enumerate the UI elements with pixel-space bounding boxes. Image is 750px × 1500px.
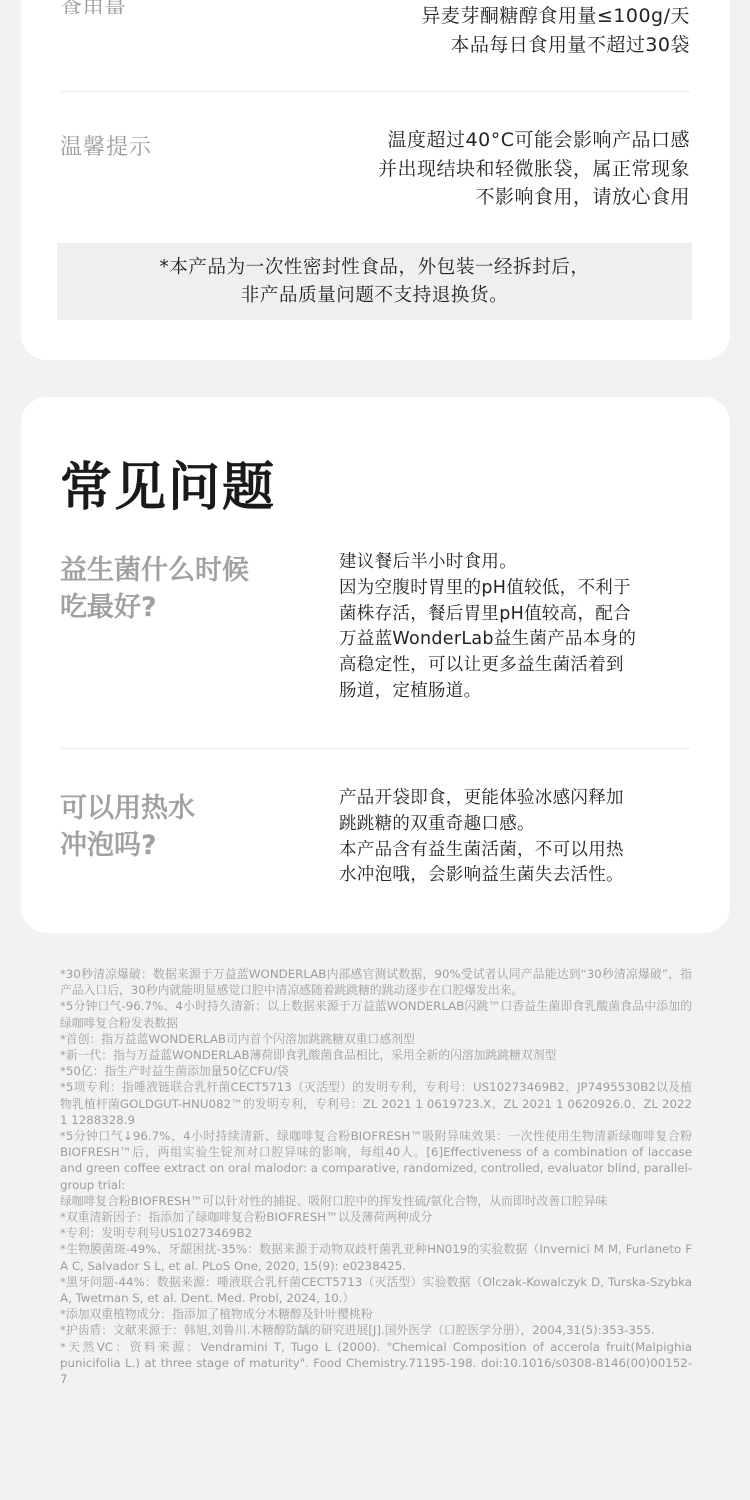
answer-line: 菌株存活，餐后胃里pH值较高，配合 bbox=[339, 602, 694, 628]
faq-answer: 产品开袋即食，更能体验冰感闪释加 跳跳糖的双重奇趣口感。 本产品含有益生菌活菌，… bbox=[339, 786, 694, 889]
faq-answer: 建议餐后半小时食用。 因为空腹时胃里的pH值较低，不利于 菌株存活，餐后胃里pH… bbox=[339, 550, 694, 705]
return-policy-notice: *本产品为一次性密封性食品，外包装一经拆封后， 非产品质量问题不支持退换货。 bbox=[57, 243, 692, 320]
answer-line: 万益蓝WonderLab益生菌产品本身的 bbox=[339, 627, 694, 653]
answer-line: 水冲泡哦，会影响益生菌失去活性。 bbox=[339, 863, 694, 889]
footnote: *专利：发明专利号US10273469B2 bbox=[60, 1225, 692, 1241]
answer-line: 肠道，定植肠道。 bbox=[339, 679, 694, 705]
tip-line: 不影响食用，请放心食用 bbox=[378, 183, 690, 212]
footnote: 绿咖啡复合粉BIOFRESH™可以针对性的捕捉、吸附口腔中的挥发性硫/氨化合物，… bbox=[60, 1193, 692, 1209]
faq-title: 常见问题 bbox=[60, 445, 276, 520]
answer-line: 跳跳糖的双重奇趣口感。 bbox=[339, 812, 694, 838]
tip-line: 并出现结块和轻微胀袋，属正常现象 bbox=[378, 155, 690, 184]
footnote: *天然VC：资料来源：Vendramini T, Tugo L (2000). … bbox=[60, 1339, 692, 1388]
footnote: *5项专利：指唾液链联合乳杆菌CECT5713（灭活型）的发明专利，专利号：US… bbox=[60, 1079, 692, 1128]
footnote: *双重清新因子：指添加了绿咖啡复合粉BIOFRESH™以及薄荷两种成分 bbox=[60, 1209, 692, 1225]
tip-label: 温馨提示 bbox=[60, 130, 152, 161]
notice-line: 非产品质量问题不支持退换货。 bbox=[57, 282, 692, 310]
intake-values: 异麦芽酮糖醇食用量≤100g/天 本品每日食用量不超过30袋 bbox=[421, 2, 690, 60]
tip-text: 温度超过40°C可能会影响产品口感 并出现结块和轻微胀袋，属正常现象 不影响食用… bbox=[378, 126, 690, 212]
notice-line: *本产品为一次性密封性食品，外包装一经拆封后， bbox=[57, 254, 692, 282]
question-line: 吃最好? bbox=[60, 589, 310, 626]
footnote: *5分钟口气↓96.7%、4小时持续清新、绿咖啡复合粉BIOFRESH™吸附异味… bbox=[60, 1128, 692, 1193]
answer-line: 高稳定性，可以让更多益生菌活着到 bbox=[339, 653, 694, 679]
intake-line: 本品每日食用量不超过30袋 bbox=[421, 31, 690, 60]
faq-card: 常见问题 益生菌什么时候 吃最好? 建议餐后半小时食用。 因为空腹时胃里的pH值… bbox=[21, 397, 730, 933]
footnote: *黑牙问题-44%：数据来源：唾液联合乳杆菌CECT5713（灭活型）实验数据（… bbox=[60, 1274, 692, 1306]
intake-line: 异麦芽酮糖醇食用量≤100g/天 bbox=[421, 2, 690, 31]
divider bbox=[60, 748, 690, 749]
answer-line: 因为空腹时胃里的pH值较低，不利于 bbox=[339, 576, 694, 602]
question-line: 可以用热水 bbox=[60, 790, 310, 827]
footnote: *护齿盾：文献来源于：韩旭,刘鲁川.木糖醇防龋的研究进展[J].国外医学（口腔医… bbox=[60, 1322, 692, 1338]
footnote: *添加双重植物成分：指添加了植物成分木糖醇及针叶樱桃粉 bbox=[60, 1306, 692, 1322]
faq-question: 可以用热水 冲泡吗? bbox=[60, 790, 310, 864]
intake-label: 食用量 bbox=[60, 0, 126, 14]
answer-line: 产品开袋即食，更能体验冰感闪释加 bbox=[339, 786, 694, 812]
footnotes: *30秒清凉爆破：数据来源于万益蓝WONDERLAB内部感官测试数据，90%受试… bbox=[60, 966, 692, 1387]
footnote: *5分钟口气-96.7%、4小时持久清新：以上数据来源于万益蓝WONDERLAB… bbox=[60, 998, 692, 1030]
faq-question: 益生菌什么时候 吃最好? bbox=[60, 552, 310, 626]
question-line: 益生菌什么时候 bbox=[60, 552, 310, 589]
question-line: 冲泡吗? bbox=[60, 827, 310, 864]
tip-line: 温度超过40°C可能会影响产品口感 bbox=[378, 126, 690, 155]
product-info-card: 食用量 异麦芽酮糖醇食用量≤100g/天 本品每日食用量不超过30袋 温馨提示 … bbox=[21, 0, 730, 360]
answer-line: 本产品含有益生菌活菌，不可以用热 bbox=[339, 838, 694, 864]
divider bbox=[60, 91, 690, 92]
footnote: *30秒清凉爆破：数据来源于万益蓝WONDERLAB内部感官测试数据，90%受试… bbox=[60, 966, 692, 998]
footnote: *生物膜菌斑-49%、牙龈困扰-35%：数据来源于动物双歧杆菌乳亚种HN019的… bbox=[60, 1241, 692, 1273]
footnote: *50亿：指生产时益生菌添加量50亿CFU/袋 bbox=[60, 1063, 692, 1079]
footnote: *首创：指万益蓝WONDERLAB司内首个闪溶加跳跳糖双重口感剂型 bbox=[60, 1031, 692, 1047]
footnote: *新一代：指与万益蓝WONDERLAB薄荷即食乳酸菌食品相比，采用全新的闪溶加跳… bbox=[60, 1047, 692, 1063]
answer-line: 建议餐后半小时食用。 bbox=[339, 550, 694, 576]
